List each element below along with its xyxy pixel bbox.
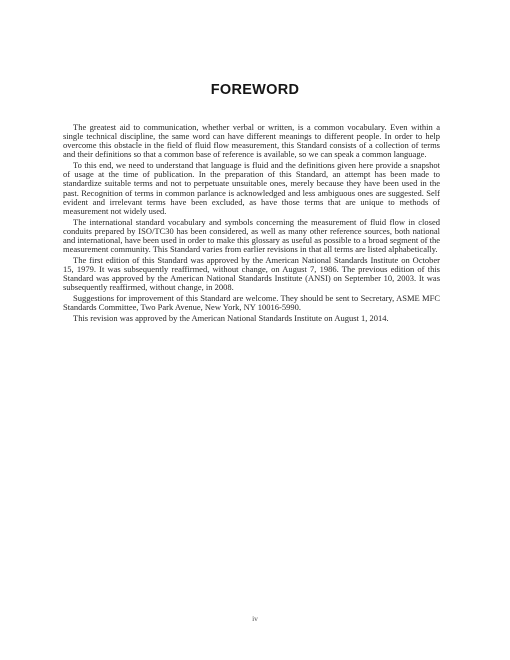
paragraph-2: To this end, we need to understand that … xyxy=(63,161,440,216)
foreword-body: The greatest aid to communication, wheth… xyxy=(63,123,440,324)
paragraph-3: The international standard vocabulary an… xyxy=(63,218,440,255)
document-page: FOREWORD The greatest aid to communicati… xyxy=(0,0,510,660)
paragraph-5: Suggestions for improvement of this Stan… xyxy=(63,294,440,312)
page-number: iv xyxy=(0,614,510,623)
paragraph-4: The first edition of this Standard was a… xyxy=(63,256,440,293)
paragraph-6: This revision was approved by the Americ… xyxy=(63,314,440,323)
page-title: FOREWORD xyxy=(0,82,510,98)
paragraph-1: The greatest aid to communication, wheth… xyxy=(63,123,440,160)
